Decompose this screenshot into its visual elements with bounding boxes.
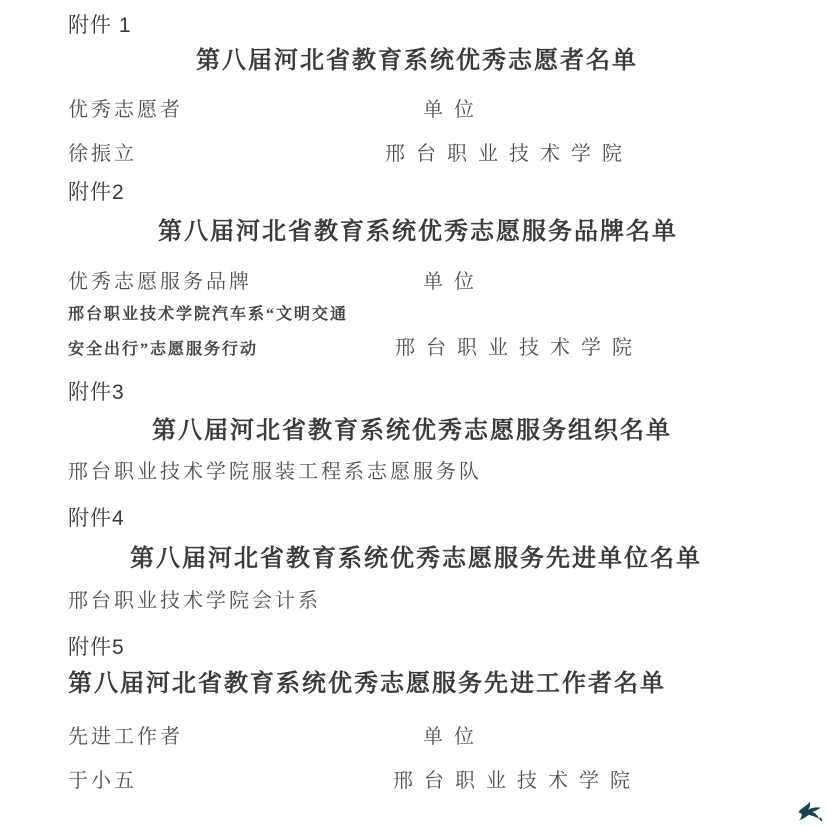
attachment-1-column-header-left: 优秀志愿者 xyxy=(68,99,183,122)
attachment-5-column-header-right: 单 位 xyxy=(423,726,477,749)
attachment-3-title: 第八届河北省教育系统优秀志愿服务组织名单 xyxy=(152,418,672,446)
attachment-5-column-header-left: 先进工作者 xyxy=(68,726,183,749)
attachment-1-volunteer-name: 徐振立 xyxy=(68,143,137,166)
attachment-1-unit-name: 邢台职业技术学院 xyxy=(385,143,633,166)
attachment-1-label: 附件 1 xyxy=(68,14,132,38)
attachment-2-label: 附件2 xyxy=(68,181,125,205)
attachment-5-label: 附件5 xyxy=(68,636,125,660)
attachment-5-worker-name: 于小五 xyxy=(68,770,137,793)
attachment-2-column-header-right: 单 位 xyxy=(423,271,477,294)
attachment-4-title: 第八届河北省教育系统优秀志愿服务先进单位名单 xyxy=(130,546,702,574)
document-page: 附件 1 第八届河北省教育系统优秀志愿者名单 优秀志愿者 单 位 徐振立 邢台职… xyxy=(0,0,827,826)
attachment-2-brand-line-2: 安全出行”志愿服务行动 xyxy=(68,341,258,359)
attachment-2-unit-name: 邢台职业技术学院 xyxy=(395,337,643,360)
attachment-3-label: 附件3 xyxy=(68,381,125,405)
attachment-2-column-header-left: 优秀志愿服务品牌 xyxy=(68,271,252,294)
bird-watermark-icon xyxy=(796,798,824,824)
attachment-2-title: 第八届河北省教育系统优秀志愿服务品牌名单 xyxy=(158,219,678,247)
attachment-1-title: 第八届河北省教育系统优秀志愿者名单 xyxy=(196,48,638,76)
attachment-3-organization-name: 邢台职业技术学院服装工程系志愿服务队 xyxy=(68,461,482,484)
attachment-4-unit-name: 邢台职业技术学院会计系 xyxy=(68,590,321,613)
attachment-1-column-header-right: 单 位 xyxy=(423,99,477,122)
attachment-5-title: 第八届河北省教育系统优秀志愿服务先进工作者名单 xyxy=(68,671,666,699)
attachment-2-brand-line-1: 邢台职业技术学院汽车系“文明交通 xyxy=(68,306,348,324)
attachment-4-label: 附件4 xyxy=(68,507,125,531)
attachment-5-unit-name: 邢台职业技术学院 xyxy=(393,770,641,793)
